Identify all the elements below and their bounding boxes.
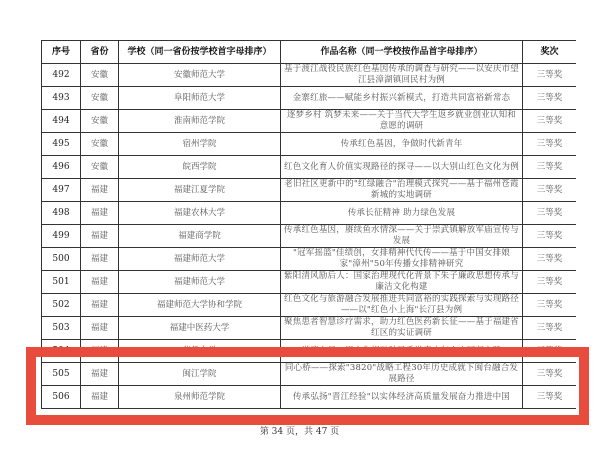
- row-number: 502: [42, 294, 81, 317]
- header-province: 省份: [81, 41, 119, 64]
- row-award: 三等奖: [523, 225, 577, 248]
- table-row: 500福建福建师范大学"冠军摇篮"佳绩创，女排精神代代传——基于中国女排娘家"漳…: [42, 248, 577, 271]
- row-school: 华侨大学: [119, 340, 281, 363]
- row-title: 传承红色基因，赓续鱼水情深——关于崇武镇解放军庙宣传与发展: [281, 225, 523, 248]
- row-number: 501: [42, 271, 81, 294]
- row-title: 基于渡江战役民族红色基因传承的调查与研究——以安庆市望江县漳湖镇回民村为例: [281, 64, 523, 87]
- row-province: 福建: [81, 340, 119, 363]
- row-province: 福建: [81, 248, 119, 271]
- row-number: 498: [42, 202, 81, 225]
- row-award: 三等奖: [523, 317, 577, 340]
- row-school: 淮南师范学院: [119, 110, 281, 133]
- row-number: 495: [42, 133, 81, 156]
- awards-table: 序号 省份 学校（同一省份按学校首字母排序） 作品名称（同一学校按作品首字母排序…: [41, 40, 576, 409]
- header-no: 序号: [42, 41, 81, 64]
- row-province: 福建: [81, 317, 119, 340]
- row-province: 安徽: [81, 156, 119, 179]
- row-number: 505: [42, 363, 81, 386]
- row-title: 同心桥——探索"3820"战略工程30年历史成就下闽台融合发展路径: [281, 363, 523, 386]
- table-row: 501福建福建师范大学紫阳清风励后人：国家治理现代化背景下朱子廉政思想传承与廉洁…: [42, 271, 577, 294]
- row-award: 三等奖: [523, 248, 577, 271]
- header-school: 学校（同一省份按学校首字母排序）: [119, 41, 281, 64]
- row-title: 传承弘扬"晋江经验"以实体经济高质量发展奋力推进中国: [281, 386, 523, 409]
- document-page: 序号 省份 学校（同一省份按学校首字母排序） 作品名称（同一学校按作品首字母排序…: [0, 0, 599, 456]
- row-province: 安徽: [81, 110, 119, 133]
- row-province: 福建: [81, 225, 119, 248]
- row-school: 闽江学院: [119, 363, 281, 386]
- row-award: 三等奖: [523, 271, 577, 294]
- row-province: 福建: [81, 294, 119, 317]
- table-row: 496安徽皖西学院红色文化育人价值实现路径的探寻——以大别山红色文化为例三等奖: [42, 156, 577, 179]
- row-school: 阜阳师范大学: [119, 87, 281, 110]
- row-title: 紫阳清风励后人：国家治理现代化背景下朱子廉政思想传承与廉洁文化构建: [281, 271, 523, 294]
- row-title: 红色文化育人价值实现路径的探寻——以大别山红色文化为例: [281, 156, 523, 179]
- row-number: 494: [42, 110, 81, 133]
- row-title: 传承红色基因，争做时代新青年: [281, 133, 523, 156]
- row-award: 三等奖: [523, 156, 577, 179]
- row-award: 三等奖: [523, 340, 577, 363]
- row-award: 三等奖: [523, 179, 577, 202]
- header-award: 奖次: [523, 41, 577, 64]
- table-row: 492安徽安徽师范大学基于渡江战役民族红色基因传承的调查与研究——以安庆市望江县…: [42, 64, 577, 87]
- row-number: 497: [42, 179, 81, 202]
- table-row: 493安徽阜阳师范大学金寨红旅——赋能乡村振兴新模式，打造共同富裕新常态三等奖: [42, 87, 577, 110]
- table-row: 503福建福建中医药大学聚焦患者智慧诊疗需求，助力红色医药新长征——基于福建省红…: [42, 317, 577, 340]
- row-school: 福建中医药大学: [119, 317, 281, 340]
- row-school: 福建农林大学: [119, 202, 281, 225]
- table-row: 502福建福建师范大学协和学院红色文化与旅游融合发展推进共同富裕的实践探索与实现…: [42, 294, 577, 317]
- row-school: 福建师范大学: [119, 248, 281, 271]
- row-title: 聚焦患者智慧诊疗需求，助力红色医药新长征——基于福建省红区的实证调研: [281, 317, 523, 340]
- table-header-row: 序号 省份 学校（同一省份按学校首字母排序） 作品名称（同一学校按作品首字母排序…: [42, 41, 577, 64]
- page-number: 第 34 页，共 47 页: [0, 424, 599, 437]
- row-school: 皖西学院: [119, 156, 281, 179]
- row-school: 福建江夏学院: [119, 179, 281, 202]
- row-title: 逐梦乡村 筑梦未来——关于当代大学生返乡就业创业认知和意愿的调研: [281, 110, 523, 133]
- row-award: 三等奖: [523, 133, 577, 156]
- row-award: 三等奖: [523, 202, 577, 225]
- row-province: 安徽: [81, 87, 119, 110]
- table-row: 499福建福建商学院传承红色基因，赓续鱼水情深——关于崇武镇解放军庙宣传与发展三…: [42, 225, 577, 248]
- row-number: 493: [42, 87, 81, 110]
- row-school: 安徽师范大学: [119, 64, 281, 87]
- awards-table-container: 序号 省份 学校（同一省份按学校首字母排序） 作品名称（同一学校按作品首字母排序…: [41, 40, 576, 415]
- row-title: 老旧社区更新中的"红绿融合"治理模式探究——基于福州苍霞新城的实地调研: [281, 179, 523, 202]
- table-row: 498福建福建农林大学传承长征精神 助力绿色发展三等奖: [42, 202, 577, 225]
- table-row: 505福建闽江学院同心桥——探索"3820"战略工程30年历史成就下闽台融合发展…: [42, 363, 577, 386]
- row-school: 福建商学院: [119, 225, 281, 248]
- row-province: 安徽: [81, 64, 119, 87]
- row-title: 金寨红旅——赋能乡村振兴新模式，打造共同富裕新常态: [281, 87, 523, 110]
- table-row: 495安徽宿州学院传承红色基因，争做时代新青年三等奖: [42, 133, 577, 156]
- row-number: 504: [42, 340, 81, 363]
- row-province: 福建: [81, 386, 119, 409]
- row-award: 三等奖: [523, 363, 577, 386]
- row-award: 三等奖: [523, 64, 577, 87]
- row-province: 福建: [81, 271, 119, 294]
- row-province: 安徽: [81, 133, 119, 156]
- table-row: 497福建福建江夏学院老旧社区更新中的"红绿融合"治理模式探究——基于福州苍霞新…: [42, 179, 577, 202]
- table-row: 506福建泉州师范学院传承弘扬"晋江经验"以实体经济高质量发展奋力推进中国三等奖: [42, 386, 577, 409]
- row-award: 三等奖: [523, 87, 577, 110]
- row-award: 三等奖: [523, 386, 577, 409]
- row-number: 492: [42, 64, 81, 87]
- row-school: 福建师范大学协和学院: [119, 294, 281, 317]
- row-school: 福建师范大学: [119, 271, 281, 294]
- row-number: 496: [42, 156, 81, 179]
- row-title: 红色文化与旅游融合发展推进共同富裕的实践探索与实现路径——以"红色小上海"长汀县…: [281, 294, 523, 317]
- row-award: 三等奖: [523, 294, 577, 317]
- header-title: 作品名称（同一学校按作品首字母排序）: [281, 41, 523, 64]
- row-award: 三等奖: [523, 110, 577, 133]
- row-school: 泉州师范学院: [119, 386, 281, 409]
- table-row: 504福建华侨大学港湾之星：用文化相融破局香港青少年人心回归之路三等奖: [42, 340, 577, 363]
- row-province: 福建: [81, 202, 119, 225]
- row-province: 福建: [81, 363, 119, 386]
- row-title: 传承长征精神 助力绿色发展: [281, 202, 523, 225]
- row-number: 506: [42, 386, 81, 409]
- row-school: 宿州学院: [119, 133, 281, 156]
- row-province: 福建: [81, 179, 119, 202]
- row-title: "冠军摇篮"佳绩创，女排精神代代传——基于中国女排娘家"漳州"50年传播女排精神…: [281, 248, 523, 271]
- row-title: 港湾之星：用文化相融破局香港青少年人心回归之路: [281, 340, 523, 363]
- row-number: 499: [42, 225, 81, 248]
- row-number: 503: [42, 317, 81, 340]
- row-number: 500: [42, 248, 81, 271]
- table-row: 494安徽淮南师范学院逐梦乡村 筑梦未来——关于当代大学生返乡就业创业认知和意愿…: [42, 110, 577, 133]
